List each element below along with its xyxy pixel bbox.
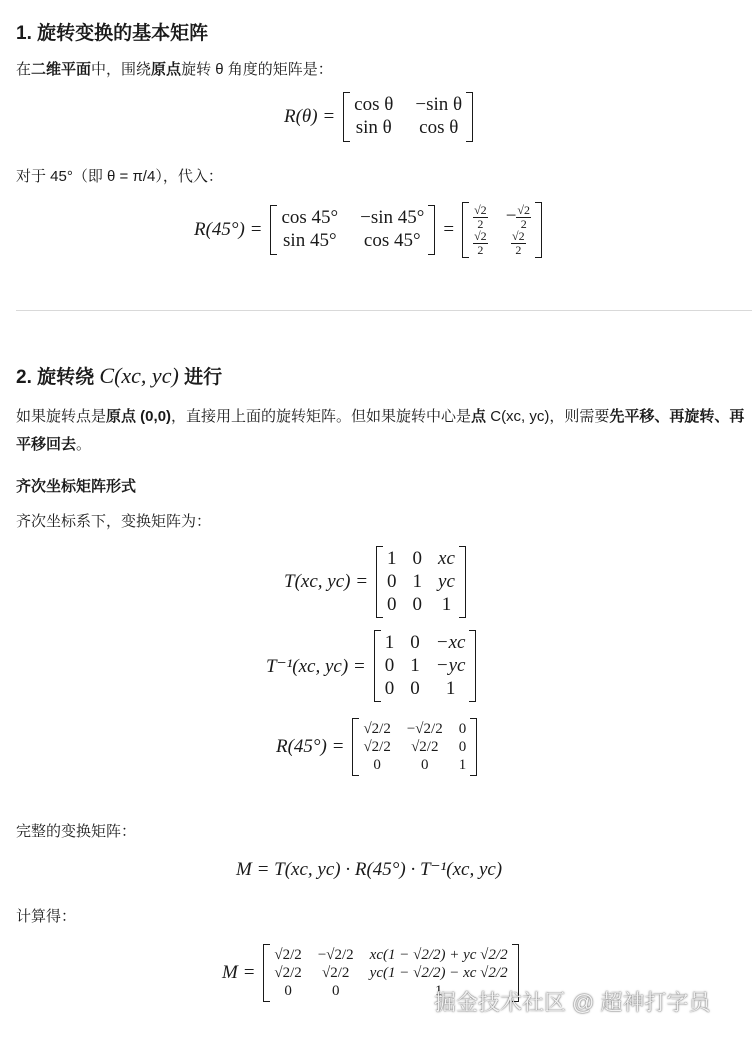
matrix-cell: √2/2 [274,946,301,964]
right-bracket [466,92,473,142]
matrix-cell: 0 [413,548,423,571]
title-text: 2. 旋转绕 [16,367,94,388]
matrix: √2/2−√2/20 √2/2√2/20 001 [352,718,477,776]
matrix-cell: 0 [387,594,397,617]
matrix-cell: −√2/2 [407,720,443,738]
matrix-cell: √2/2 [322,964,349,982]
rotation-45-equation: R(45°) = cos 45° −sin 45° sin 45° cos 45… [194,202,542,258]
matrix-cell: yc(1 − √2/2) − xc √2/2 [370,964,508,982]
matrix-cell: −√2/2 [318,946,354,964]
matrix-cell: √2/2 [363,720,390,738]
left-bracket [462,202,469,258]
matrix-cell: cos 45° [281,207,338,230]
fraction: √22 [511,230,526,256]
intro-bold-origin: 原点 [151,61,181,78]
matrix-grid: cos 45° −sin 45° sin 45° cos 45° [277,205,428,255]
intro-text: 中，围绕 [91,61,151,78]
matrix-cell: 0 [459,738,467,756]
section2-title: 2. 旋转绕 C(xc, yc) 进行 [16,362,222,389]
matrix: cos 45° −sin 45° sin 45° cos 45° [270,205,435,255]
matrix-cell: −sin 45° [360,207,424,230]
homogeneous-subheading: 齐次坐标矩阵形式 [16,475,136,496]
matrix-cell: 0 [459,720,467,738]
numerator: √2 [516,204,531,218]
intro-text: 旋转 θ 角度的矩阵是： [181,61,333,78]
fraction: √22 [516,204,531,230]
equals-sign: = [443,219,454,241]
fraction: √22 [473,230,488,256]
translation-matrix-equation: T(xc, yc) = 10xc 01yc 001 [284,546,466,618]
full-transform-text: 完整的变换矩阵： [16,820,136,841]
matrix-cell: 0 [421,756,429,774]
equation-lhs: M = [222,962,255,984]
neg-fraction: −√22 [506,204,531,230]
left-bracket [352,718,359,776]
equation-lhs: T⁻¹(xc, yc) = [266,655,366,678]
left-bracket [263,944,270,1002]
matrix-cell: 0 [413,594,423,617]
matrix: cos θ −sin θ sin θ cos θ [343,92,473,142]
numerator: √2 [473,204,488,218]
matrix-cell: 1 [459,756,467,774]
matrix-grid: cos θ −sin θ sin θ cos θ [350,92,466,142]
intro-text: 在 [16,61,31,78]
title-text: 进行 [184,367,222,388]
para-text: 。 [76,436,91,453]
matrix-grid: √2/2−√2/20 √2/2√2/20 001 [359,718,470,776]
equation-lhs: T(xc, yc) = [284,571,368,593]
rotation-matrix-equation: R(θ) = cos θ −sin θ sin θ cos θ [284,92,473,142]
calc-text: 计算得： [16,905,76,926]
matrix: √22 −√22 √22 √22 [462,202,542,258]
para-text: ，直接用上面的旋转矩阵。但如果旋转中心是 [171,408,471,425]
matrix-cell: −yc [436,655,466,678]
matrix-cell: 1 [387,548,397,571]
left-bracket [374,630,381,702]
equation-lhs: R(θ) = [284,106,335,128]
numerator: √2 [473,230,488,244]
homogeneous-text: 齐次坐标系下，变换矩阵为： [16,510,211,531]
matrix-cell: cos θ [354,94,393,117]
intro-bold-2d: 二维平面 [31,61,91,78]
matrix-cell: 0 [410,632,420,655]
left-bracket [270,205,277,255]
denominator: 2 [515,244,521,257]
matrix-cell: 0 [410,678,420,701]
matrix-cell: 0 [385,655,395,678]
section-divider [16,310,752,311]
section2-paragraph: 如果旋转点是原点 (0,0)，直接用上面的旋转矩阵。但如果旋转中心是点 C(xc… [16,403,746,459]
fraction: √22 [473,204,488,230]
matrix-cell: 0 [385,678,395,701]
matrix-cell: 0 [284,982,292,1000]
matrix-cell: 1 [413,571,423,594]
matrix-grid: 10−xc 01−yc 001 [381,630,470,702]
full-transform-equation: M = T(xc, yc) · R(45°) · T⁻¹(xc, yc) [236,858,502,881]
watermark: 掘金技术社区 @ 超神打字员 [434,986,711,1017]
para-bold: 点 [471,408,486,425]
section1-subtext: 对于 45°（即 θ = π/4），代入： [16,165,223,186]
right-bracket [469,630,476,702]
right-bracket [535,202,542,258]
inverse-translation-equation: T⁻¹(xc, yc) = 10−xc 01−yc 001 [266,630,476,702]
matrix-cell: 1 [442,594,452,617]
right-bracket [470,718,477,776]
left-bracket [376,546,383,618]
para-text: 如果旋转点是 [16,408,106,425]
numerator: √2 [511,230,526,244]
matrix-cell: −xc [436,632,466,655]
matrix-grid: 10xc 01yc 001 [383,546,459,618]
title-math: C(xc, yc) [99,363,178,388]
para-bold: 原点 (0,0) [106,408,171,425]
matrix-cell: xc(1 − √2/2) + yc √2/2 [370,946,508,964]
matrix-cell: −sin θ [415,94,462,117]
matrix-cell: sin 45° [283,230,337,253]
section1-title: 1. 旋转变换的基本矩阵 [16,18,208,45]
matrix-grid: √22 −√22 √22 √22 [469,202,535,258]
equation-lhs: R(45°) = [194,219,262,241]
section1-intro: 在二维平面中，围绕原点旋转 θ 角度的矩阵是： [16,58,333,79]
right-bracket [459,546,466,618]
matrix-cell: 0 [373,756,381,774]
rotation-45-homogeneous-equation: R(45°) = √2/2−√2/20 √2/2√2/20 001 [276,718,477,776]
matrix-cell: 1 [410,655,420,678]
matrix-cell: cos 45° [364,230,421,253]
equation-lhs: R(45°) = [276,736,344,758]
minus: − [506,205,517,226]
matrix-cell: √2/2 [411,738,438,756]
denominator: 2 [477,244,483,257]
matrix: 10xc 01yc 001 [376,546,466,618]
matrix: 10−xc 01−yc 001 [374,630,477,702]
matrix-cell: 0 [332,982,340,1000]
matrix-cell: 1 [385,632,395,655]
matrix-cell: √2/2 [363,738,390,756]
right-bracket [428,205,435,255]
matrix-cell: sin θ [356,117,392,140]
matrix-cell: xc [438,548,455,571]
matrix-cell: cos θ [419,117,458,140]
matrix-cell: 0 [387,571,397,594]
para-bold: 先平移、再 [609,408,684,425]
matrix-cell: yc [438,571,455,594]
matrix-cell: √2/2 [274,964,301,982]
para-text: C(xc, yc)，则需要 [486,408,609,425]
left-bracket [343,92,350,142]
matrix-cell: 1 [446,678,456,701]
